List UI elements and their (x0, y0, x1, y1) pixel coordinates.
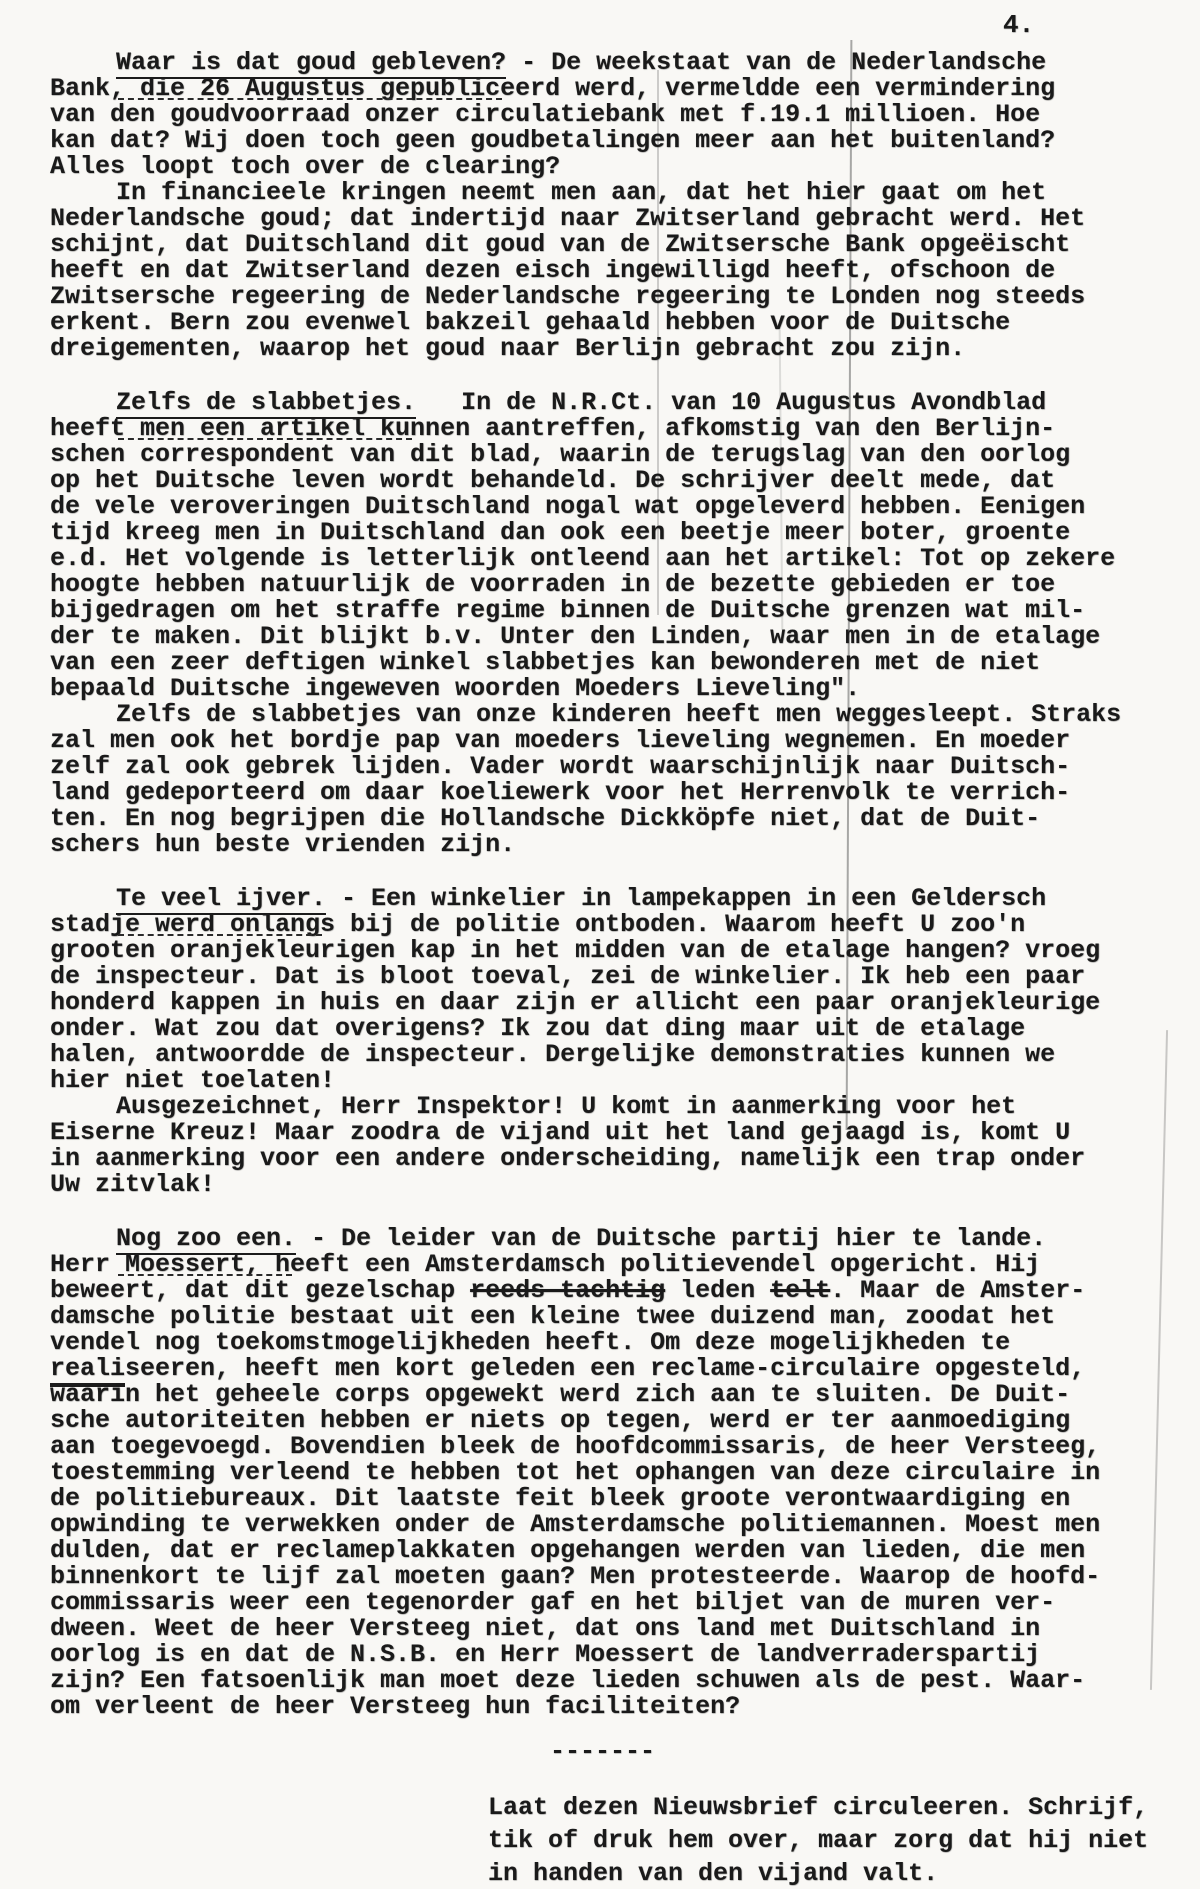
text-span: aan toegevoegd. Bovendien bleek de hoofd… (50, 1432, 1100, 1461)
section-goud-gebleven: Waar is dat goud gebleven? - De weekstaa… (50, 50, 1170, 362)
text-line: de inspecteur. Dat is bloot toeval, zei … (50, 964, 1170, 990)
text-line: Zwitsersche regeering de Nederlandsche r… (50, 284, 1170, 310)
text-span: beweert, dat dit gezelschap (50, 1276, 470, 1305)
text-line: in aanmerking voor een andere onderschei… (50, 1146, 1170, 1172)
text-span: om verleent de heer Versteeg hun facilit… (50, 1692, 740, 1721)
text-line: hier niet toelaten! (50, 1068, 1170, 1094)
text-line: bepaald Duitsche ingeweven woorden Moede… (50, 676, 1170, 702)
text-span: dween. Weet de heer Versteeg niet, dat o… (50, 1614, 1040, 1643)
text-line: hoogte hebben natuurlijk de voorraden in… (50, 572, 1170, 598)
text-line: onder. Wat zou dat overigens? Ik zou dat… (50, 1016, 1170, 1042)
text-line: damsche politie bestaat uit een kleine t… (50, 1304, 1170, 1330)
struck-text: telt (770, 1276, 830, 1305)
section-heading: Te veel ijver. (116, 884, 326, 915)
text-line: Zelfs de slabbetjes. In de N.R.Ct. van 1… (50, 390, 1170, 416)
text-span: damsche politie bestaat uit een kleine t… (50, 1302, 1055, 1331)
text-span: In financieele kringen neemt men aan, da… (116, 178, 1046, 207)
text-span: - De weekstaat van de Nederlandsche (506, 48, 1046, 77)
text-line: tijd kreeg men in Duitschland dan ook ee… (50, 520, 1170, 546)
text-line: Nog zoo een. - De leider van de Duitsche… (50, 1226, 1170, 1252)
text-span: dulden, dat er reclameplakkaten opgehang… (50, 1536, 1085, 1565)
text-span: In de N.R.Ct. van 10 Augustus Avondblad (416, 388, 1046, 417)
text-span: commissaris weer een tegenorder gaf en h… (50, 1588, 1055, 1617)
closing-note: Laat dezen Nieuwsbrief circuleeren. Schr… (488, 1791, 1170, 1889)
text-span: onder. Wat zou dat overigens? Ik zou dat… (50, 1014, 1025, 1043)
text-span: Ausgezeichnet, Herr Inspektor! U komt in… (116, 1092, 1016, 1121)
text-span: dreigementen, waarop het goud naar Berli… (50, 334, 965, 363)
text-line: realiseeren, heeft men kort geleden een … (50, 1356, 1170, 1382)
text-span: Alles loopt toch over de clearing? (50, 152, 560, 181)
text-span: waarin het geheele corps opgewekt werd z… (50, 1380, 1070, 1409)
text-span: sche autoriteiten hebben er niets op teg… (50, 1406, 1070, 1435)
text-line: commissaris weer een tegenorder gaf en h… (50, 1590, 1170, 1616)
text-line: tik of druk hem over, maar zorg dat hij … (488, 1824, 1170, 1857)
text-line: zal men ook het bordje pap van moeders l… (50, 728, 1170, 754)
sections-host: Waar is dat goud gebleven? - De weekstaa… (50, 50, 1170, 1720)
text-span: Eiserne Kreuz! Maar zoodra de vijand uit… (50, 1118, 1070, 1147)
text-span: op het Duitsche leven wordt behandeld. D… (50, 466, 1055, 495)
scanned-document-page: 4. Waar is dat goud gebleven? - De weeks… (0, 0, 1200, 1889)
section-heading: Zelfs de slabbetjes. (116, 388, 416, 419)
text-span: Laat dezen Nieuwsbrief circuleeren. Schr… (488, 1793, 1148, 1822)
text-line: schers hun beste vrienden zijn. (50, 832, 1170, 858)
text-line: Waar is dat goud gebleven? - De weekstaa… (50, 50, 1170, 76)
text-span: schijnt, dat Duitschland dit goud van de… (50, 230, 1070, 259)
text-span: binnenkort te lijf zal moeten gaan? Men … (50, 1562, 1100, 1591)
text-line: vendel nog toekomstmogelijkheden heeft. … (50, 1330, 1170, 1356)
section-nog-zoo-een: Nog zoo een. - De leider van de Duitsche… (50, 1226, 1170, 1720)
paragraph: Waar is dat goud gebleven? - De weekstaa… (50, 50, 1170, 180)
paragraph: Zelfs de slabbetjes van onze kinderen he… (50, 702, 1170, 858)
page-number: 4. (1003, 10, 1034, 40)
text-span: heeft en dat Zwitserland dezen eisch ing… (50, 256, 1055, 285)
text-line: der te maken. Dit blijkt b.v. Unter den … (50, 624, 1170, 650)
text-span: tik of druk hem over, maar zorg dat hij … (488, 1826, 1148, 1855)
text-span: seeren, heeft men kort geleden een recla… (125, 1354, 1085, 1383)
text-span: bijgedragen om het straffe regime binnen… (50, 596, 1085, 625)
text-line: de politiebureaux. Dit laatste feit blee… (50, 1486, 1170, 1512)
text-span: e.d. Het volgende is letterlijk ontleend… (50, 544, 1115, 573)
text-span: honderd kappen in huis en daar zijn er a… (50, 988, 1100, 1017)
text-span: schers hun beste vrienden zijn. (50, 830, 515, 859)
text-line: de vele veroveringen Duitschland nogal w… (50, 494, 1170, 520)
text-line: Laat dezen Nieuwsbrief circuleeren. Schr… (488, 1791, 1170, 1824)
text-line: zijn? Een fatsoenlijk man moet deze lied… (50, 1668, 1170, 1694)
text-span: oorlog is en dat de N.S.B. en Herr Moess… (50, 1640, 1040, 1669)
text-span: vendel nog toekomstmogelijkheden heeft. … (50, 1328, 1010, 1357)
text-line: erkent. Bern zou evenwel bakzeil gehaald… (50, 310, 1170, 336)
text-line: dween. Weet de heer Versteeg niet, dat o… (50, 1616, 1170, 1642)
text-line: Te veel ijver. - Een winkelier in lampek… (50, 886, 1170, 912)
text-span: ten. En nog begrijpen die Hollandsche Di… (50, 804, 1040, 833)
text-span: van den goudvoorraad onzer circulatieban… (50, 100, 1040, 129)
text-span: - De leider van de Duitsche partij hier … (296, 1224, 1046, 1253)
text-line: sche autoriteiten hebben er niets op teg… (50, 1408, 1170, 1434)
paragraph: Nog zoo een. - De leider van de Duitsche… (50, 1226, 1170, 1720)
text-span: schen correspondent van dit blad, waarin… (50, 440, 1070, 469)
text-span: in aanmerking voor een andere onderschei… (50, 1144, 1085, 1173)
text-line: van een zeer deftigen winkel slabbetjes … (50, 650, 1170, 676)
text-line: dulden, dat er reclameplakkaten opgehang… (50, 1538, 1170, 1564)
text-line: opwinding te verwekken onder de Amsterda… (50, 1512, 1170, 1538)
text-line: waarin het geheele corps opgewekt werd z… (50, 1382, 1170, 1408)
text-line: in handen van den vijand valt. (488, 1857, 1170, 1889)
document-body: Waar is dat goud gebleven? - De weekstaa… (50, 50, 1170, 1889)
text-line: grooten oranjekleurigen kap in het midde… (50, 938, 1170, 964)
text-line: Zelfs de slabbetjes van onze kinderen he… (50, 702, 1170, 728)
text-line: ten. En nog begrijpen die Hollandsche Di… (50, 806, 1170, 832)
text-span: bepaald Duitsche ingeweven woorden Moede… (50, 674, 860, 703)
text-line: halen, antwoordde de inspecteur. Dergeli… (50, 1042, 1170, 1068)
text-span: opwinding te verwekken onder de Amsterda… (50, 1510, 1100, 1539)
text-line: Nederlandsche goud; dat indertijd naar Z… (50, 206, 1170, 232)
text-span: . Maar de Amster- (830, 1276, 1085, 1305)
text-line: aan toegevoegd. Bovendien bleek de hoofd… (50, 1434, 1170, 1460)
text-line: bijgedragen om het straffe regime binnen… (50, 598, 1170, 624)
text-line: Uw zitvlak! (50, 1172, 1170, 1198)
text-span: de vele veroveringen Duitschland nogal w… (50, 492, 1085, 521)
section-heading: Waar is dat goud gebleven? (116, 48, 506, 79)
text-span: Zwitsersche regeering de Nederlandsche r… (50, 282, 1085, 311)
text-span: in handen van den vijand valt. (488, 1859, 938, 1888)
text-line: dreigementen, waarop het goud naar Berli… (50, 336, 1170, 362)
text-span: grooten oranjekleurigen kap in het midde… (50, 936, 1100, 965)
text-span: tijd kreeg men in Duitschland dan ook ee… (50, 518, 1070, 547)
text-line: binnenkort te lijf zal moeten gaan? Men … (50, 1564, 1170, 1590)
text-span: der te maken. Dit blijkt b.v. Unter den … (50, 622, 1100, 651)
section-divider: ------- (550, 1739, 1170, 1765)
text-span: de politiebureaux. Dit laatste feit blee… (50, 1484, 1070, 1513)
text-line: land gedeporteerd om daar koeliewerk voo… (50, 780, 1170, 806)
text-line: e.d. Het volgende is letterlijk ontleend… (50, 546, 1170, 572)
text-span: de inspecteur. Dat is bloot toeval, zei … (50, 962, 1085, 991)
text-span: land gedeporteerd om daar koeliewerk voo… (50, 778, 1070, 807)
text-line: schijnt, dat Duitschland dit goud van de… (50, 232, 1170, 258)
text-line: In financieele kringen neemt men aan, da… (50, 180, 1170, 206)
text-line: kan dat? Wij doen toch geen goudbetaling… (50, 128, 1170, 154)
text-span: toestemming verleend te hebben tot het o… (50, 1458, 1100, 1487)
section-te-veel-ijver: Te veel ijver. - Een winkelier in lampek… (50, 886, 1170, 1198)
text-line: oorlog is en dat de N.S.B. en Herr Moess… (50, 1642, 1170, 1668)
text-line: zelf zal ook gebrek lijden. Vader wordt … (50, 754, 1170, 780)
text-line: Alles loopt toch over de clearing? (50, 154, 1170, 180)
text-span: van een zeer deftigen winkel slabbetjes … (50, 648, 1040, 677)
text-span: leden (665, 1276, 770, 1305)
text-line: Ausgezeichnet, Herr Inspektor! U komt in… (50, 1094, 1170, 1120)
text-span: zelf zal ook gebrek lijden. Vader wordt … (50, 752, 1070, 781)
paragraph: Te veel ijver. - Een winkelier in lampek… (50, 886, 1170, 1094)
text-line: toestemming verleend te hebben tot het o… (50, 1460, 1170, 1486)
text-span: zijn? Een fatsoenlijk man moet deze lied… (50, 1666, 1085, 1695)
text-span: kan dat? Wij doen toch geen goudbetaling… (50, 126, 1055, 155)
text-line: heeft en dat Zwitserland dezen eisch ing… (50, 258, 1170, 284)
text-span: hier niet toelaten! (50, 1066, 335, 1095)
section-slabbetjes: Zelfs de slabbetjes. In de N.R.Ct. van 1… (50, 390, 1170, 858)
text-line: op het Duitsche leven wordt behandeld. D… (50, 468, 1170, 494)
text-span: - Een winkelier in lampekappen in een Ge… (326, 884, 1046, 913)
struck-text: reeds tachtig (470, 1276, 665, 1305)
text-span: erkent. Bern zou evenwel bakzeil gehaald… (50, 308, 1010, 337)
text-span: zal men ook het bordje pap van moeders l… (50, 726, 1070, 755)
text-line: honderd kappen in huis en daar zijn er a… (50, 990, 1170, 1016)
text-line: om verleent de heer Versteeg hun facilit… (50, 1694, 1170, 1720)
text-span: halen, antwoordde de inspecteur. Dergeli… (50, 1040, 1055, 1069)
paragraph: In financieele kringen neemt men aan, da… (50, 180, 1170, 362)
text-line: schen correspondent van dit blad, waarin… (50, 442, 1170, 468)
paragraph: Ausgezeichnet, Herr Inspektor! U komt in… (50, 1094, 1170, 1198)
text-span: hoogte hebben natuurlijk de voorraden in… (50, 570, 1055, 599)
section-heading: Nog zoo een. (116, 1224, 296, 1255)
text-line: van den goudvoorraad onzer circulatieban… (50, 102, 1170, 128)
text-line: Eiserne Kreuz! Maar zoodra de vijand uit… (50, 1120, 1170, 1146)
text-span: Zelfs de slabbetjes van onze kinderen he… (116, 700, 1121, 729)
text-line: beweert, dat dit gezelschap reeds tachti… (50, 1278, 1170, 1304)
text-span: Nederlandsche goud; dat indertijd naar Z… (50, 204, 1085, 233)
paragraph: Zelfs de slabbetjes. In de N.R.Ct. van 1… (50, 390, 1170, 702)
text-span: Uw zitvlak! (50, 1170, 215, 1199)
